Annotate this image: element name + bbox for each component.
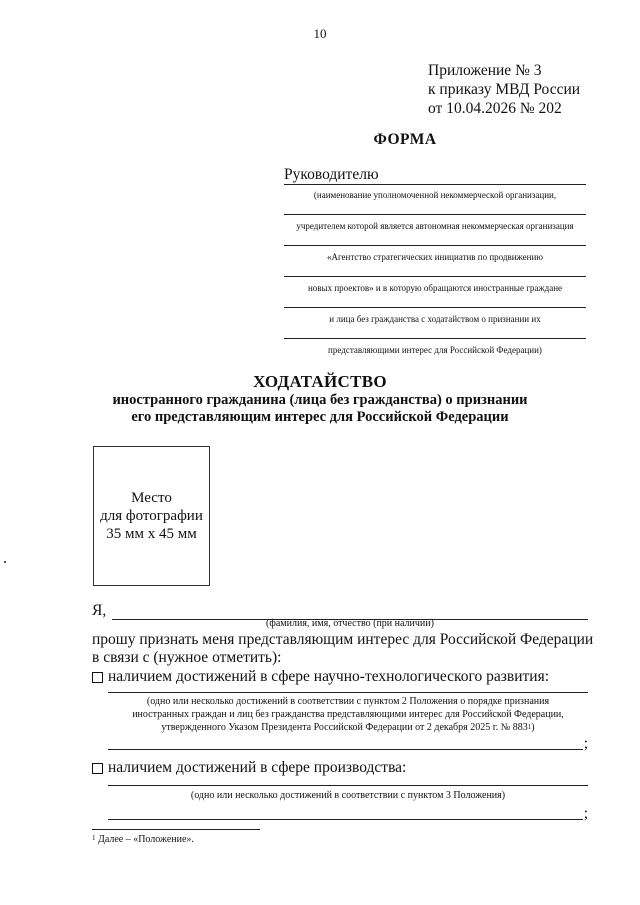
footnote: 1 Далее – «Положение».	[92, 834, 194, 845]
option-label: наличием достижений в сфере производства…	[108, 759, 406, 777]
checkbox-science-tech[interactable]	[92, 672, 103, 683]
photo-label: Место	[100, 489, 203, 507]
details-hint: иностранных граждан и лиц без гражданств…	[108, 708, 588, 721]
request-line: прошу признать меня представляющим интер…	[92, 631, 593, 649]
request-line: в связи с (нужное отметить):	[92, 649, 593, 667]
details-input-row: ;	[108, 738, 588, 750]
page-number: 10	[0, 26, 640, 42]
addressee-hint: учредителем которой является автономная …	[284, 221, 586, 232]
details-input-row: ;	[108, 808, 588, 820]
scan-artifact	[4, 561, 6, 563]
appendix-line: к приказу МВД России	[428, 80, 580, 99]
details-input-line[interactable]	[108, 819, 583, 820]
addressee-field[interactable]: Руководителю	[284, 166, 586, 185]
details-input-line[interactable]	[108, 749, 583, 750]
addressee-hint: и лица без гражданства с ходатайством о …	[284, 314, 586, 325]
semicolon: ;	[584, 738, 588, 750]
addressee-input-line[interactable]	[284, 307, 586, 308]
photo-size: 35 мм х 45 мм	[100, 525, 203, 543]
option-production-details: (одно или несколько достижений в соответ…	[108, 776, 588, 820]
details-input-line[interactable]	[108, 785, 588, 786]
photo-label: для фотографии	[100, 507, 203, 525]
footnote-text: Далее – «Положение».	[96, 834, 194, 845]
appendix-reference: Приложение № 3 к приказу МВД России от 1…	[428, 61, 580, 118]
appendix-line: от 10.04.2026 № 202	[428, 99, 580, 118]
details-input-line[interactable]	[108, 692, 588, 693]
footnote-divider	[92, 829, 260, 830]
request-text: прошу признать меня представляющим интер…	[92, 631, 593, 667]
details-hint: утвержденного Указом Президента Российск…	[108, 721, 588, 734]
semicolon: ;	[584, 808, 588, 820]
addressee-hint: (наименование уполномоченной некоммерчес…	[284, 190, 586, 201]
addressee-input-line[interactable]	[284, 276, 586, 277]
checkbox-production[interactable]	[92, 763, 103, 774]
option-science-tech-details: (одно или несколько достижений в соответ…	[108, 684, 588, 750]
addressee-hint: новых проектов» и в которую обращаются и…	[284, 283, 586, 294]
addressee-input-line[interactable]	[284, 338, 586, 339]
addressee-input-line[interactable]	[284, 245, 586, 246]
addressee-label: Руководителю	[284, 166, 379, 183]
title-main: ХОДАТАЙСТВО	[0, 372, 640, 392]
title-subtitle: его представляющим интерес для Российско…	[0, 409, 640, 426]
title-subtitle: иностранного гражданина (лица без гражда…	[0, 392, 640, 409]
details-hint-text: утвержденного Указом Президента Российск…	[161, 722, 527, 733]
addressee-hint: представляющими интерес для Российской Ф…	[284, 345, 586, 356]
appendix-line: Приложение № 3	[428, 61, 580, 80]
applicant-hint: (фамилия, имя, отчество (при наличии)	[0, 618, 640, 629]
photo-placeholder: Место для фотографии 35 мм х 45 мм	[93, 446, 210, 586]
details-hint: (одно или несколько достижений в соответ…	[108, 695, 588, 708]
addressee-input-line[interactable]	[284, 214, 586, 215]
addressee-hint: «Агентство стратегических инициатив по п…	[284, 252, 586, 263]
option-production[interactable]: наличием достижений в сфере производства…	[92, 759, 406, 777]
details-hint-text: )	[531, 722, 534, 733]
document-title: ХОДАТАЙСТВО иностранного гражданина (лиц…	[0, 372, 640, 426]
form-label: ФОРМА	[0, 131, 640, 149]
addressee-block: Руководителю (наименование уполномоченно…	[284, 166, 586, 356]
details-hint: (одно или несколько достижений в соответ…	[108, 789, 588, 802]
